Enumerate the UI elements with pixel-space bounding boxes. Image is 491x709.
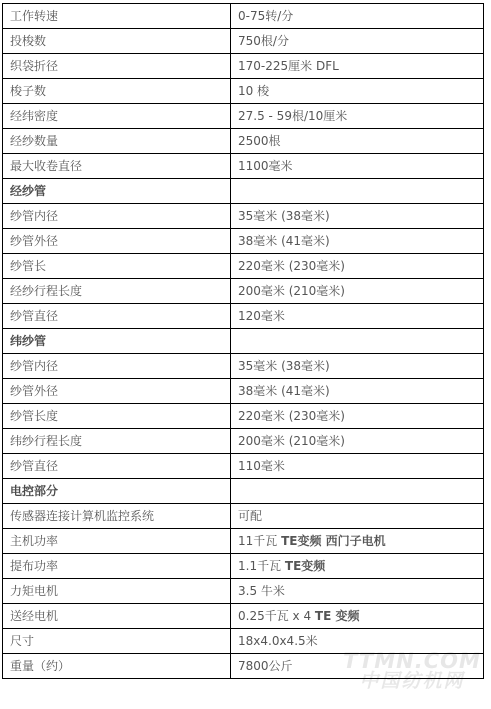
- spec-value-segment: 1.1千瓦: [238, 559, 285, 573]
- spec-value: 7800公斤: [231, 654, 484, 679]
- table-row: 纱管直径120毫米: [3, 304, 484, 329]
- spec-label: 经纱数量: [3, 129, 231, 154]
- spec-label: 尺寸: [3, 629, 231, 654]
- spec-label: 纬纱行程长度: [3, 429, 231, 454]
- section-label: 纬纱管: [3, 329, 231, 354]
- section-row: 纬纱管: [3, 329, 484, 354]
- table-row: 纱管外径38毫米 (41毫米): [3, 229, 484, 254]
- spec-value: 27.5 - 59根/10厘米: [231, 104, 484, 129]
- table-row: 梭子数10 梭: [3, 79, 484, 104]
- spec-value: 38毫米 (41毫米): [231, 379, 484, 404]
- spec-value-segment: 35毫米 (38毫米): [238, 209, 330, 223]
- spec-value-segment: 200毫米 (210毫米): [238, 434, 345, 448]
- table-row: 主机功率11千瓦 TE变频 西门子电机: [3, 529, 484, 554]
- spec-value-segment: 110毫米: [238, 459, 285, 473]
- spec-table-body: 工作转速0-75转/分投梭数750根/分织袋折径170-225厘米 DFL梭子数…: [3, 4, 484, 679]
- spec-value-segment: 38毫米 (41毫米): [238, 234, 330, 248]
- spec-value: 110毫米: [231, 454, 484, 479]
- spec-value-segment: 3.5 牛米: [238, 584, 285, 598]
- spec-value-segment: 220毫米 (230毫米): [238, 259, 345, 273]
- table-row: 送经电机0.25千瓦 x 4 TE 变频: [3, 604, 484, 629]
- section-row: 电控部分: [3, 479, 484, 504]
- spec-value: 220毫米 (230毫米): [231, 404, 484, 429]
- spec-value-segment: 38毫米 (41毫米): [238, 384, 330, 398]
- spec-value: [231, 179, 484, 204]
- table-row: 经纱数量2500根: [3, 129, 484, 154]
- spec-value-segment: 220毫米 (230毫米): [238, 409, 345, 423]
- spec-value-segment: 0-75转/分: [238, 9, 293, 23]
- table-row: 提布功率1.1千瓦 TE变频: [3, 554, 484, 579]
- spec-table: 工作转速0-75转/分投梭数750根/分织袋折径170-225厘米 DFL梭子数…: [2, 3, 484, 679]
- spec-label: 工作转速: [3, 4, 231, 29]
- spec-label: 力矩电机: [3, 579, 231, 604]
- spec-value-segment: 0.25千瓦 x 4: [238, 609, 315, 623]
- spec-value: 可配: [231, 504, 484, 529]
- spec-value: 38毫米 (41毫米): [231, 229, 484, 254]
- spec-value: 3.5 牛米: [231, 579, 484, 604]
- spec-label: 提布功率: [3, 554, 231, 579]
- spec-label: 主机功率: [3, 529, 231, 554]
- spec-label: 传感器连接计算机监控系统: [3, 504, 231, 529]
- spec-value-segment: 7800公斤: [238, 659, 293, 673]
- table-row: 纬纱行程长度200毫米 (210毫米): [3, 429, 484, 454]
- spec-value: 200毫米 (210毫米): [231, 429, 484, 454]
- spec-value: 1.1千瓦 TE变频: [231, 554, 484, 579]
- spec-label: 纱管直径: [3, 454, 231, 479]
- spec-value: 220毫米 (230毫米): [231, 254, 484, 279]
- spec-value-bold-segment: TE变频 西门子电机: [281, 534, 386, 548]
- table-row: 传感器连接计算机监控系统可配: [3, 504, 484, 529]
- spec-page: TTMN.COM 中国纺机网 工作转速0-75转/分投梭数750根/分织袋折径1…: [0, 0, 491, 709]
- spec-label: 最大收卷直径: [3, 154, 231, 179]
- spec-label: 经纱行程长度: [3, 279, 231, 304]
- spec-label: 纱管直径: [3, 304, 231, 329]
- table-row: 经纬密度27.5 - 59根/10厘米: [3, 104, 484, 129]
- spec-label: 投梭数: [3, 29, 231, 54]
- spec-value-segment: 可配: [238, 509, 262, 523]
- spec-value-segment: 10 梭: [238, 84, 269, 98]
- spec-value-segment: 35毫米 (38毫米): [238, 359, 330, 373]
- spec-value-segment: 120毫米: [238, 309, 285, 323]
- spec-value-bold-segment: TE变频: [285, 559, 325, 573]
- table-row: 织袋折径170-225厘米 DFL: [3, 54, 484, 79]
- spec-value-segment: 18x4.0x4.5米: [238, 634, 318, 648]
- section-label: 经纱管: [3, 179, 231, 204]
- table-row: 纱管直径110毫米: [3, 454, 484, 479]
- spec-value: 35毫米 (38毫米): [231, 204, 484, 229]
- spec-label: 纱管外径: [3, 229, 231, 254]
- spec-value: 750根/分: [231, 29, 484, 54]
- spec-value: 18x4.0x4.5米: [231, 629, 484, 654]
- spec-value: 1100毫米: [231, 154, 484, 179]
- section-row: 经纱管: [3, 179, 484, 204]
- spec-value: 0.25千瓦 x 4 TE 变频: [231, 604, 484, 629]
- spec-value-segment: 27.5 - 59根/10厘米: [238, 109, 347, 123]
- spec-value: 35毫米 (38毫米): [231, 354, 484, 379]
- spec-value: 2500根: [231, 129, 484, 154]
- spec-label: 经纬密度: [3, 104, 231, 129]
- spec-label: 纱管外径: [3, 379, 231, 404]
- table-row: 工作转速0-75转/分: [3, 4, 484, 29]
- table-row: 纱管长度220毫米 (230毫米): [3, 404, 484, 429]
- table-row: 经纱行程长度200毫米 (210毫米): [3, 279, 484, 304]
- spec-value: 120毫米: [231, 304, 484, 329]
- section-label: 电控部分: [3, 479, 231, 504]
- table-row: 尺寸18x4.0x4.5米: [3, 629, 484, 654]
- spec-label: 纱管长: [3, 254, 231, 279]
- spec-label: 织袋折径: [3, 54, 231, 79]
- table-row: 投梭数750根/分: [3, 29, 484, 54]
- table-row: 纱管内径35毫米 (38毫米): [3, 204, 484, 229]
- spec-value: 10 梭: [231, 79, 484, 104]
- spec-value: 11千瓦 TE变频 西门子电机: [231, 529, 484, 554]
- spec-label: 梭子数: [3, 79, 231, 104]
- spec-label: 重量（约）: [3, 654, 231, 679]
- table-row: 最大收卷直径1100毫米: [3, 154, 484, 179]
- spec-value-segment: 170-225厘米 DFL: [238, 59, 339, 73]
- spec-label: 纱管内径: [3, 204, 231, 229]
- spec-label: 纱管长度: [3, 404, 231, 429]
- spec-value-segment: 2500根: [238, 134, 281, 148]
- spec-label: 纱管内径: [3, 354, 231, 379]
- table-row: 纱管外径38毫米 (41毫米): [3, 379, 484, 404]
- spec-value: 0-75转/分: [231, 4, 484, 29]
- spec-value-bold-segment: TE 变频: [315, 609, 360, 623]
- spec-value-segment: 1100毫米: [238, 159, 293, 173]
- spec-value: 170-225厘米 DFL: [231, 54, 484, 79]
- spec-value-segment: 11千瓦: [238, 534, 281, 548]
- table-row: 重量（约）7800公斤: [3, 654, 484, 679]
- spec-value: [231, 329, 484, 354]
- table-row: 纱管内径35毫米 (38毫米): [3, 354, 484, 379]
- spec-value-segment: 750根/分: [238, 34, 289, 48]
- table-row: 纱管长220毫米 (230毫米): [3, 254, 484, 279]
- spec-label: 送经电机: [3, 604, 231, 629]
- table-row: 力矩电机3.5 牛米: [3, 579, 484, 604]
- spec-value-segment: 200毫米 (210毫米): [238, 284, 345, 298]
- spec-value: 200毫米 (210毫米): [231, 279, 484, 304]
- spec-value: [231, 479, 484, 504]
